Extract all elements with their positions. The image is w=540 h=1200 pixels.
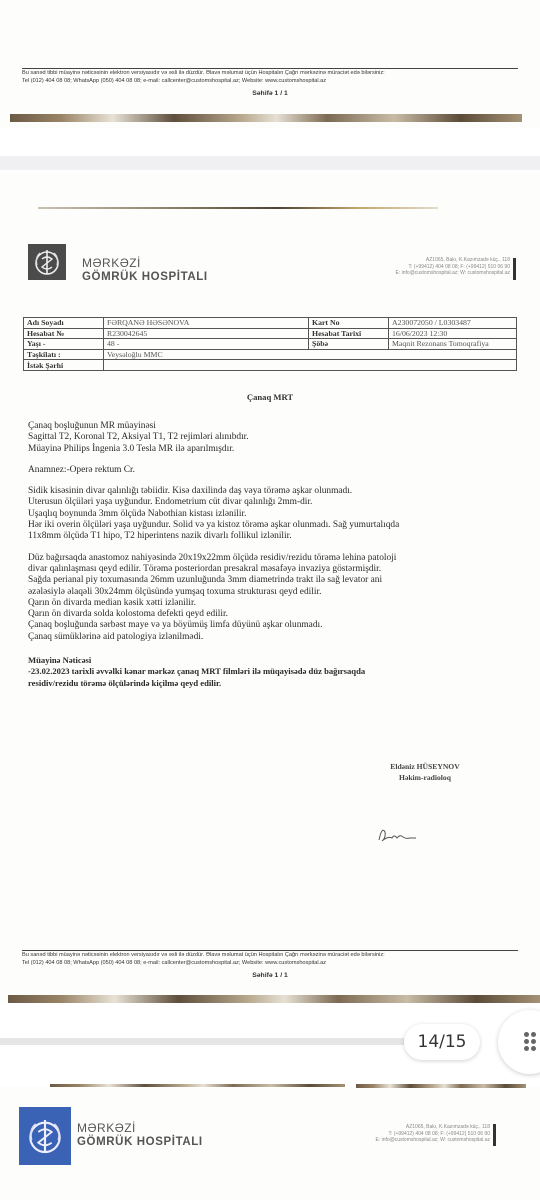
hospital-name-line2: GÖMRÜK HOSPİTALI: [82, 270, 208, 284]
finding-line: Çanaq sümüklərinə aid patologiya izlənil…: [28, 632, 523, 643]
finding-line: Qarın ön divarda median kəsik xətti izlə…: [28, 598, 523, 609]
hospital-emblem-icon: [28, 244, 66, 280]
email-line: E: info@customshospital.az; W: customsho…: [376, 1137, 490, 1144]
table-row: Adı Soyadı FƏRQANƏ HƏSƏNOVA Kart No A230…: [24, 318, 517, 329]
patient-info-table: Adı Soyadı FƏRQANƏ HƏSƏNOVA Kart No A230…: [23, 317, 517, 371]
value-name: FƏRQANƏ HƏSƏNOVA: [104, 318, 309, 329]
report-title: Çanaq MRT: [0, 392, 540, 402]
value-department: Maqnit Rezonans Tomoqrafiya: [389, 339, 517, 350]
finding-line: Hər iki overin ölçüləri yaşa uyğundur. S…: [28, 520, 523, 531]
footer-disclaimer: Bu sanəd tibbi müayinə nəticəsinin elekt…: [22, 69, 385, 77]
photo-top-edge: [38, 207, 438, 209]
report-body: Çanaq boşluğunun MR müayinəsi Sagittal T…: [28, 421, 523, 689]
page-separator: [0, 156, 540, 170]
anamnesis: Anamnez:-Operə rektum Cr.: [28, 465, 523, 476]
email-line: E: info@customshospital.az; W: customsho…: [396, 270, 510, 277]
finding-line: 11x8mm ölçüdə T1 hipo, T2 hiperintens na…: [28, 531, 523, 542]
footer-page-number: Səhifə 1 / 1: [0, 972, 540, 979]
table-row: Təşkilatı : Veysəloğlu MMC: [24, 349, 517, 360]
scroll-progress-track[interactable]: [0, 1038, 404, 1045]
signer-role: Həkim-radioloq: [360, 773, 490, 784]
finding-line: Qarın ön divarda solda kolostoma defekti…: [28, 609, 523, 620]
value-report-date: 16/06/2023 12:30: [389, 328, 517, 339]
address-bar-accent: [493, 1124, 496, 1146]
label-age: Yaşı -: [24, 339, 104, 350]
finding-line: əzələsiylə əlaqəli 30x24mm ölçüsündə yum…: [28, 587, 523, 598]
hospital-name: MƏRKƏZİ GÖMRÜK HOSPİTALI: [77, 1122, 203, 1149]
finding-line: Düz bağırsaqda anastomoz nahiyəsində 20x…: [28, 553, 523, 564]
label-report-no: Hesabat №: [24, 328, 104, 339]
footer-contacts: Tel (012) 404 08 08; WhatsApp (050) 404 …: [22, 77, 326, 85]
photo-edge: [356, 1084, 526, 1088]
footer-disclaimer: Bu sanəd tibbi müayinə nəticəsinin elekt…: [22, 951, 385, 959]
grid-dots-icon[interactable]: [524, 1032, 536, 1051]
hospital-emblem-icon: [19, 1107, 71, 1165]
hospital-address: AZ1065, Bakı, K.Kazımzadə küç., 118 T: (…: [396, 257, 510, 277]
photo-edge: [50, 1084, 345, 1087]
signer-name: Eldəniz HÜSEYNOV: [360, 762, 490, 773]
value-request-comment: [104, 360, 517, 371]
conclusion-title: Müayinə Nəticəsi: [28, 655, 523, 666]
hospital-name-line1: MƏRKƏZİ: [82, 257, 208, 270]
label-report-date: Hesabat Tarixi: [309, 328, 389, 339]
footer-contacts: Tel (012) 404 08 08; WhatsApp (050) 404 …: [22, 959, 326, 967]
label-organization: Təşkilatı :: [24, 349, 104, 360]
table-row: İstək Şərhi: [24, 360, 517, 371]
page-counter: 14/15: [404, 1024, 480, 1060]
value-age: 48 -: [104, 339, 309, 350]
finding-line: Uşaqlıq boynunda 3mm ölçüdə Nabothian ki…: [28, 509, 523, 520]
table-row: Yaşı - 48 - Şöbə Maqnit Rezonans Tomoqra…: [24, 339, 517, 350]
hospital-name: MƏRKƏZİ GÖMRÜK HOSPİTALI: [82, 257, 208, 284]
photo-edge: [8, 995, 540, 1003]
address-bar-accent: [513, 258, 516, 280]
finding-line: Çanaq boşluğunda sərbəst maye və ya böyü…: [28, 620, 523, 631]
hospital-name-line2: GÖMRÜK HOSPİTALI: [77, 1135, 203, 1149]
intro-line: Çanaq boşluğunun MR müayinəsi: [28, 421, 523, 432]
previous-page-sheet: Bu sanəd tibbi müayinə nəticəsinin elekt…: [0, 0, 540, 128]
finding-line: Sidik kisəsinin divar qalınlığı təbiidir…: [28, 486, 523, 497]
footer-page-number: Səhifə 1 / 1: [0, 90, 540, 97]
signer-block: Eldəniz HÜSEYNOV Həkim-radioloq: [360, 762, 490, 783]
intro-line: Müayinə Philips İngenia 3.0 Tesla MR ilə…: [28, 444, 523, 455]
conclusion-line: residiv/rezidu törəmə ölçülərində kiçilm…: [28, 678, 523, 689]
value-card: A230072050 / L0303487: [389, 318, 517, 329]
value-report-no: R230042645: [104, 328, 309, 339]
intro-line: Sagittal T2, Koronal T2, Aksiyal T1, T2 …: [28, 432, 523, 443]
finding-line: Uterusun ölçüləri yaşa uyğundur. Endomet…: [28, 497, 523, 508]
value-organization: Veysəloğlu MMC: [104, 349, 517, 360]
photo-edge: [10, 114, 522, 122]
signature-icon: [376, 824, 420, 846]
conclusion-line: -23.02.2023 tarixli əvvəlki kənar mərkəz…: [28, 666, 523, 677]
table-row: Hesabat № R230042645 Hesabat Tarixi 16/0…: [24, 328, 517, 339]
label-name: Adı Soyadı: [24, 318, 104, 329]
hospital-name-line1: MƏRKƏZİ: [77, 1122, 203, 1135]
finding-line: Sağda perianal piy toxumasında 26mm uzun…: [28, 575, 523, 586]
hospital-address: AZ1065, Bakı, K.Kazımzadə küç., 118 T: (…: [376, 1124, 490, 1144]
label-request-comment: İstək Şərhi: [24, 360, 104, 371]
label-card: Kart No: [309, 318, 389, 329]
label-department: Şöbə: [309, 339, 389, 350]
finding-line: divar qalınlaşması qeyd edilir. Törəmə p…: [28, 564, 523, 575]
